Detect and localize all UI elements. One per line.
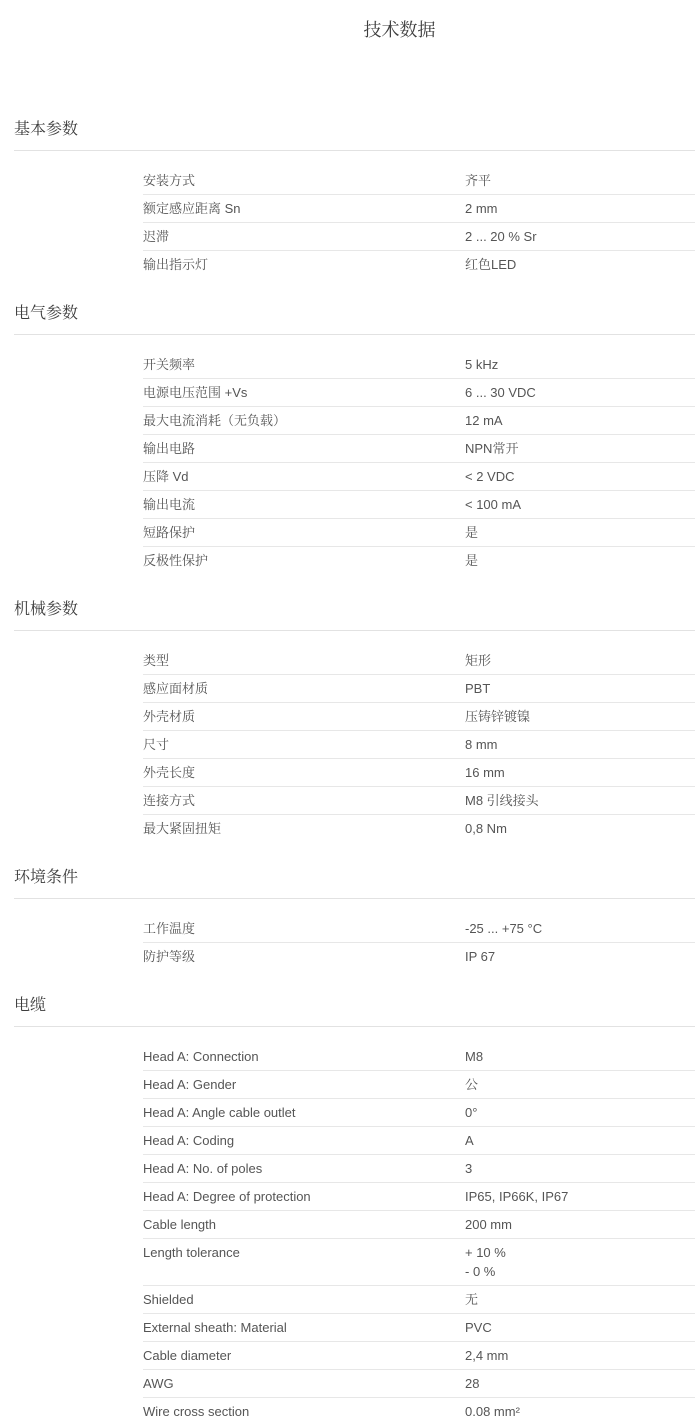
section-divider	[14, 334, 695, 335]
spec-value: M8 引线接头	[465, 791, 695, 810]
section-electrical-parameters: 电气参数 开关频率 5 kHz 电源电压范围 +Vs 6 ... 30 VDC …	[0, 304, 695, 574]
table-row: Cable length 200 mm	[143, 1211, 695, 1239]
spec-value: M8	[465, 1047, 695, 1066]
spec-label: 短路保护	[143, 523, 465, 542]
spec-value: 5 kHz	[465, 355, 695, 374]
table-row: 输出电流 < 100 mA	[143, 491, 695, 519]
table-row: 感应面材质 PBT	[143, 675, 695, 703]
spec-value: 齐平	[465, 171, 695, 190]
spec-table-basic-parameters: 安装方式 齐平 额定感应距离 Sn 2 mm 迟滞 2 ... 20 % Sr …	[143, 167, 695, 278]
table-row: 外壳材质 压铸锌镀镍	[143, 703, 695, 731]
section-heading-environmental-conditions: 环境条件	[14, 868, 695, 887]
table-row: 外壳长度 16 mm	[143, 759, 695, 787]
section-mechanical-parameters: 机械参数 类型 矩形 感应面材质 PBT 外壳材质 压铸锌镀镍 尺寸 8 mm …	[0, 600, 695, 842]
spec-value: 6 ... 30 VDC	[465, 383, 695, 402]
table-row: 连接方式 M8 引线接头	[143, 787, 695, 815]
table-row: 压降 Vd < 2 VDC	[143, 463, 695, 491]
spec-value: 是	[465, 551, 695, 570]
spec-value: PVC	[465, 1318, 695, 1337]
spec-label: 安装方式	[143, 171, 465, 190]
spec-value: 压铸锌镀镍	[465, 707, 695, 726]
spec-label: 外壳材质	[143, 707, 465, 726]
table-row: 电源电压范围 +Vs 6 ... 30 VDC	[143, 379, 695, 407]
table-row: AWG 28	[143, 1370, 695, 1398]
table-row: 开关频率 5 kHz	[143, 351, 695, 379]
spec-label: External sheath: Material	[143, 1318, 465, 1337]
table-row: Head A: Angle cable outlet 0°	[143, 1099, 695, 1127]
spec-label: Head A: Coding	[143, 1131, 465, 1150]
spec-label: Head A: Connection	[143, 1047, 465, 1066]
spec-value: A	[465, 1131, 695, 1150]
table-row: 最大紧固扭矩 0,8 Nm	[143, 815, 695, 842]
section-divider	[14, 630, 695, 631]
spec-label: Shielded	[143, 1290, 465, 1309]
table-row: 额定感应距离 Sn 2 mm	[143, 195, 695, 223]
spec-label: 外壳长度	[143, 763, 465, 782]
spec-value: 12 mA	[465, 411, 695, 430]
spec-value: -25 ... +75 °C	[465, 919, 695, 938]
spec-label: 最大电流消耗（无负载）	[143, 411, 465, 430]
spec-label: 压降 Vd	[143, 467, 465, 486]
spec-label: 额定感应距离 Sn	[143, 199, 465, 218]
spec-value: 3	[465, 1159, 695, 1178]
spec-label: 输出指示灯	[143, 255, 465, 274]
spec-value: + 10 % - 0 %	[465, 1243, 695, 1281]
spec-label: Cable diameter	[143, 1346, 465, 1365]
spec-value: 红色LED	[465, 255, 695, 274]
table-row: 安装方式 齐平	[143, 167, 695, 195]
table-row: External sheath: Material PVC	[143, 1314, 695, 1342]
spec-label: 感应面材质	[143, 679, 465, 698]
spec-label: 输出电流	[143, 495, 465, 514]
spec-value: 矩形	[465, 651, 695, 670]
spec-value: < 100 mA	[465, 495, 695, 514]
section-environmental-conditions: 环境条件 工作温度 -25 ... +75 °C 防护等级 IP 67	[0, 868, 695, 970]
table-row: Head A: Degree of protection IP65, IP66K…	[143, 1183, 695, 1211]
table-row: 迟滞 2 ... 20 % Sr	[143, 223, 695, 251]
spec-value: 2 mm	[465, 199, 695, 218]
spec-label: Cable length	[143, 1215, 465, 1234]
spec-label: AWG	[143, 1374, 465, 1393]
table-row: 尺寸 8 mm	[143, 731, 695, 759]
section-divider	[14, 150, 695, 151]
table-row: 输出电路 NPN常开	[143, 435, 695, 463]
spec-value: 200 mm	[465, 1215, 695, 1234]
spec-value: 公	[465, 1075, 695, 1094]
spec-label: 连接方式	[143, 791, 465, 810]
spec-label: 最大紧固扭矩	[143, 819, 465, 838]
spec-value: 0.08 mm²	[465, 1402, 695, 1421]
spec-label: 防护等级	[143, 947, 465, 966]
section-cable: 电缆 Head A: Connection M8 Head A: Gender …	[0, 996, 695, 1425]
spec-value: IP65, IP66K, IP67	[465, 1187, 695, 1206]
table-row: 反极性保护 是	[143, 547, 695, 574]
table-row: Head A: Gender 公	[143, 1071, 695, 1099]
spec-value: NPN常开	[465, 439, 695, 458]
spec-value: < 2 VDC	[465, 467, 695, 486]
spec-value: 2,4 mm	[465, 1346, 695, 1365]
table-row: Length tolerance + 10 % - 0 %	[143, 1239, 695, 1286]
table-row: Head A: Connection M8	[143, 1043, 695, 1071]
spec-label: 迟滞	[143, 227, 465, 246]
table-row: 类型 矩形	[143, 647, 695, 675]
spec-value: 0°	[465, 1103, 695, 1122]
table-row: 短路保护 是	[143, 519, 695, 547]
table-row: Cable diameter 2,4 mm	[143, 1342, 695, 1370]
spec-table-cable: Head A: Connection M8 Head A: Gender 公 H…	[143, 1043, 695, 1425]
spec-label: 工作温度	[143, 919, 465, 938]
spec-table-environmental-conditions: 工作温度 -25 ... +75 °C 防护等级 IP 67	[143, 915, 695, 970]
table-row: Wire cross section 0.08 mm²	[143, 1398, 695, 1425]
spec-value: PBT	[465, 679, 695, 698]
table-row: 工作温度 -25 ... +75 °C	[143, 915, 695, 943]
spec-label: Length tolerance	[143, 1243, 465, 1262]
spec-value: 28	[465, 1374, 695, 1393]
spec-table-electrical-parameters: 开关频率 5 kHz 电源电压范围 +Vs 6 ... 30 VDC 最大电流消…	[143, 351, 695, 574]
table-row: 最大电流消耗（无负载） 12 mA	[143, 407, 695, 435]
spec-value: 0,8 Nm	[465, 819, 695, 838]
spec-value: 2 ... 20 % Sr	[465, 227, 695, 246]
section-divider	[14, 898, 695, 899]
spec-label: Head A: Angle cable outlet	[143, 1103, 465, 1122]
technical-data-page: 技术数据 基本参数 安装方式 齐平 额定感应距离 Sn 2 mm 迟滞 2 ..…	[0, 0, 695, 1425]
spec-value: IP 67	[465, 947, 695, 966]
page-title: 技术数据	[0, 20, 695, 41]
section-basic-parameters: 基本参数 安装方式 齐平 额定感应距离 Sn 2 mm 迟滞 2 ... 20 …	[0, 120, 695, 278]
spec-value: 16 mm	[465, 763, 695, 782]
spec-label: 开关频率	[143, 355, 465, 374]
spec-value: 8 mm	[465, 735, 695, 754]
spec-label: Head A: Degree of protection	[143, 1187, 465, 1206]
table-row: 输出指示灯 红色LED	[143, 251, 695, 278]
spec-label: 类型	[143, 651, 465, 670]
section-heading-basic-parameters: 基本参数	[14, 120, 695, 139]
spec-label: 反极性保护	[143, 551, 465, 570]
table-row: Head A: No. of poles 3	[143, 1155, 695, 1183]
spec-value: 无	[465, 1290, 695, 1309]
spec-label: 输出电路	[143, 439, 465, 458]
spec-value: 是	[465, 523, 695, 542]
table-row: Shielded 无	[143, 1286, 695, 1314]
section-divider	[14, 1026, 695, 1027]
section-heading-mechanical-parameters: 机械参数	[14, 600, 695, 619]
spec-label: Head A: No. of poles	[143, 1159, 465, 1178]
section-heading-cable: 电缆	[14, 996, 695, 1015]
spec-label: 尺寸	[143, 735, 465, 754]
spec-label: Head A: Gender	[143, 1075, 465, 1094]
table-row: 防护等级 IP 67	[143, 943, 695, 970]
table-row: Head A: Coding A	[143, 1127, 695, 1155]
section-heading-electrical-parameters: 电气参数	[14, 304, 695, 323]
spec-label: Wire cross section	[143, 1402, 465, 1421]
spec-label: 电源电压范围 +Vs	[143, 383, 465, 402]
spec-table-mechanical-parameters: 类型 矩形 感应面材质 PBT 外壳材质 压铸锌镀镍 尺寸 8 mm 外壳长度 …	[143, 647, 695, 842]
